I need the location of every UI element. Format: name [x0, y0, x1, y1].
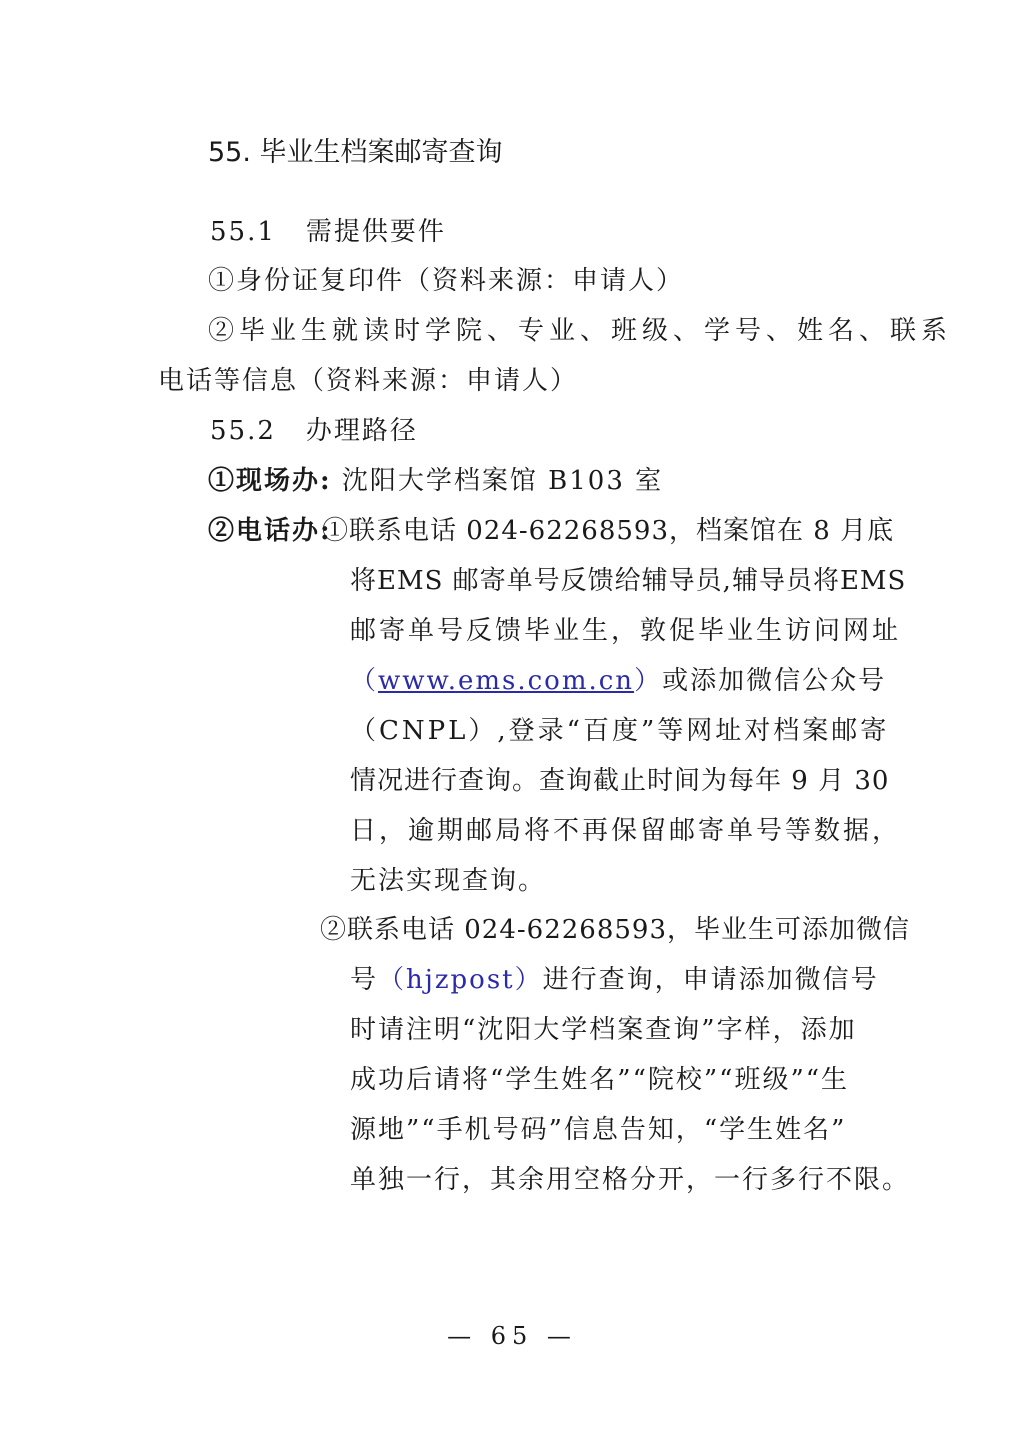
phone-opt2-line1: ②联系电话 024-62268593，毕业生可添加微信: [320, 913, 910, 947]
heading-text: 需提供要件: [306, 217, 446, 247]
heading-number: 55.2: [210, 416, 276, 446]
phone-opt2-line3: 时请注明“沈阳大学档案查询”字样，添加: [350, 1013, 857, 1047]
requirement-item-2-line1: ②毕业生就读时学院、专业、班级、学号、姓名、联系: [208, 314, 952, 348]
line-text: 进行查询，申请添加微信号: [543, 965, 879, 995]
phone-opt2-line5: 源地”“手机号码”信息告知，“学生姓名”: [350, 1113, 846, 1147]
phone-opt1-line4: （www.ems.com.cn）或添加微信公众号: [350, 664, 886, 698]
paren-open: （: [350, 666, 378, 696]
phone-opt1-line7: 日，逾期邮局将不再保留邮寄单号等数据，: [350, 814, 901, 848]
phone-opt1-line6: 情况进行查询。查询截止时间为每年 9 月 30: [350, 764, 889, 798]
wechat-id: （hjzpost）: [378, 965, 543, 995]
heading-number: 55.1: [210, 217, 276, 247]
onsite-label: ①现场办:: [208, 466, 332, 496]
section-title: 55. 毕业生档案邮寄查询: [208, 136, 503, 170]
onsite-value: 沈阳大学档案馆 B103 室: [342, 466, 663, 496]
page-number: — 65 —: [0, 1322, 1024, 1350]
phone-opt1-line5: （CNPL）,登录“百度”等网址对档案邮寄: [350, 714, 889, 748]
onsite-route: ①现场办: 沈阳大学档案馆 B103 室: [208, 464, 663, 498]
requirement-item-1: ①身份证复印件（资料来源：申请人）: [208, 264, 684, 298]
requirement-item-2-line2: 电话等信息（资料来源：申请人）: [158, 364, 578, 398]
paren-close: ）: [634, 666, 662, 696]
ems-website-link[interactable]: www.ems.com.cn: [378, 666, 634, 696]
heading-text: 办理路径: [306, 416, 418, 446]
phone-opt2-line4: 成功后请将“学生姓名”“院校”“班级”“生: [350, 1063, 849, 1097]
phone-opt1-line1: ①联系电话 024-62268593，档案馆在 8 月底: [322, 514, 894, 548]
phone-label: ②电话办:: [208, 514, 332, 548]
phone-opt2-line6: 单独一行，其余用空格分开，一行多行不限。: [350, 1163, 910, 1197]
subsection-heading-2: 55.2办理路径: [210, 414, 418, 448]
phone-opt1-line8: 无法实现查询。: [350, 864, 546, 898]
subsection-heading-1: 55.1需提供要件: [210, 215, 446, 249]
phone-opt1-line3: 邮寄单号反馈毕业生，敦促毕业生访问网址: [350, 614, 901, 648]
line-text: 号: [350, 965, 378, 995]
phone-opt2-line2: 号（hjzpost）进行查询，申请添加微信号: [350, 963, 879, 997]
phone-opt1-line2: 将EMS 邮寄单号反馈给辅导员,辅导员将EMS: [350, 564, 906, 598]
line-text: 或添加微信公众号: [662, 666, 886, 696]
